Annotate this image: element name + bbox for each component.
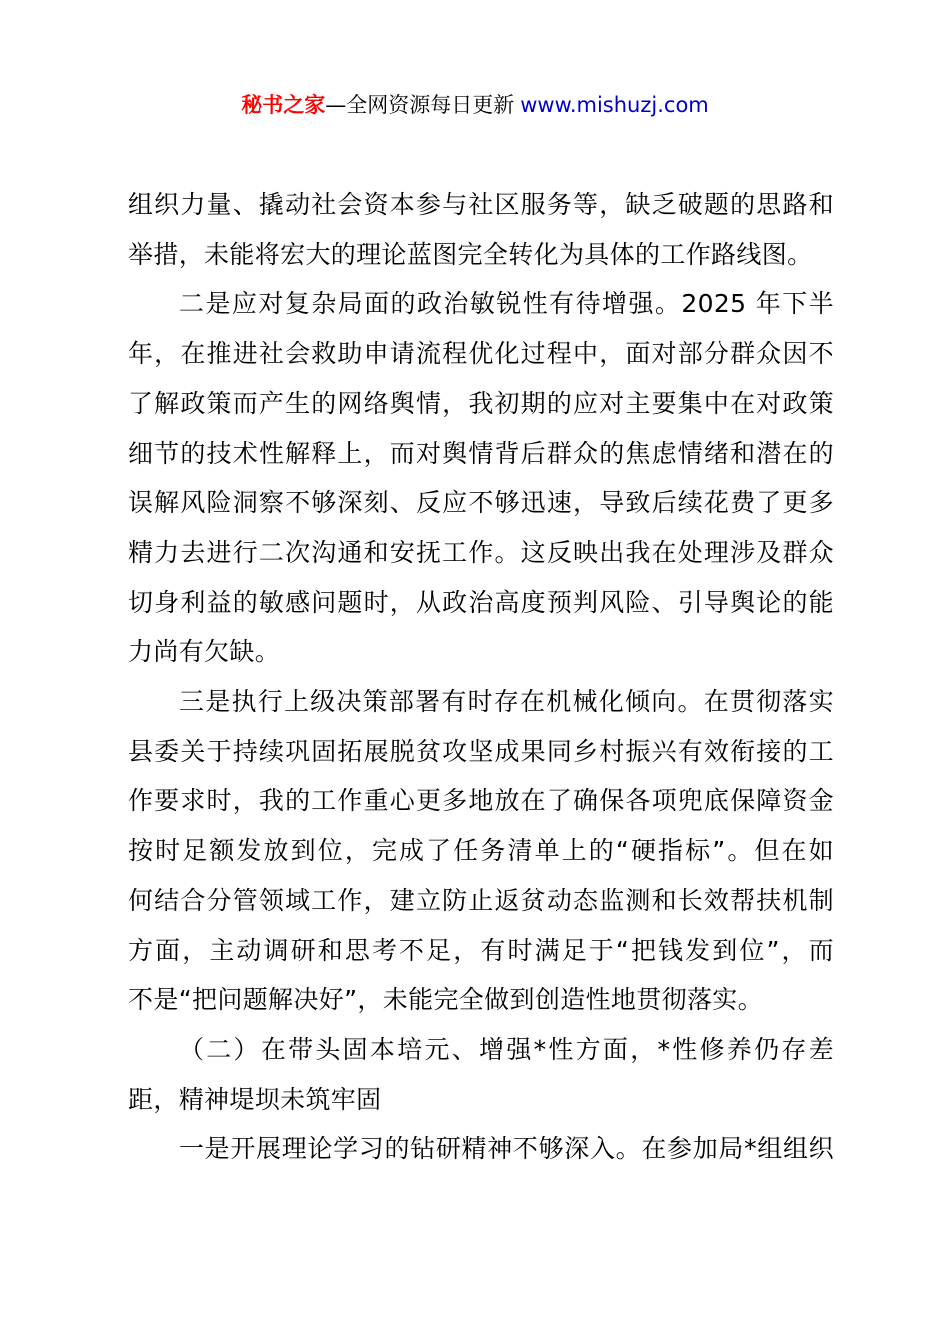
- text-line: 不是“把问题解决好”，未能完全做到创造性地贯彻落实。: [128, 975, 834, 1025]
- text-line: 切身利益的敏感问题时，从政治高度预判风险、引导舆论的能: [128, 578, 834, 628]
- text-line: 县委关于持续巩固拓展脱贫攻坚成果同乡村振兴有效衔接的工: [128, 727, 834, 777]
- header-slogan: —全网资源每日更新: [325, 93, 514, 117]
- text-line: 举措，未能将宏大的理论蓝图完全转化为具体的工作路线图。: [128, 230, 834, 280]
- text-line: 了解政策而产生的网络舆情，我初期的应对主要集中在对政策: [128, 379, 834, 429]
- section-heading-2: （二）在带头固本培元、增强*性方面，*性修养仍存差 距，精神堤坝未筑牢固: [128, 1025, 834, 1124]
- text-line: 年，在推进社会救助申请流程优化过程中，面对部分群众因不: [128, 329, 834, 379]
- site-header: 秘书之家—全网资源每日更新www.mishuzj.com: [0, 88, 950, 122]
- paragraph-mechanical-execution: 三是执行上级决策部署有时存在机械化倾向。在贯彻落实 县委关于持续巩固拓展脱贫攻坚…: [128, 677, 834, 1025]
- site-url-link[interactable]: www.mishuzj.com: [520, 93, 709, 117]
- text-line: 力尚有欠缺。: [128, 627, 834, 677]
- text-line: 三是执行上级决策部署有时存在机械化倾向。在贯彻落实: [128, 677, 834, 727]
- text-line: 细节的技术性解释上，而对舆情背后群众的焦虑情绪和潜在的: [128, 429, 834, 479]
- paragraph-continuation: 组织力量、撬动社会资本参与社区服务等，缺乏破题的思路和 举措，未能将宏大的理论蓝…: [128, 180, 834, 279]
- paragraph-political-sensitivity: 二是应对复杂局面的政治敏锐性有待增强。2025 年下半 年，在推进社会救助申请流…: [128, 279, 834, 677]
- text-line: 组织力量、撬动社会资本参与社区服务等，缺乏破题的思路和: [128, 180, 834, 230]
- text-line: 方面，主动调研和思考不足，有时满足于“把钱发到位”，而: [128, 926, 834, 976]
- text-line: 精力去进行二次沟通和安抚工作。这反映出我在处理涉及群众: [128, 528, 834, 578]
- text-line: 何结合分管领域工作，建立防止返贫动态监测和长效帮扶机制: [128, 876, 834, 926]
- text-line: 二是应对复杂局面的政治敏锐性有待增强。2025 年下半: [128, 279, 834, 329]
- text-line: 按时足额发放到位，完成了任务清单上的“硬指标”。但在如: [128, 826, 834, 876]
- document-body: 组织力量、撬动社会资本参与社区服务等，缺乏破题的思路和 举措，未能将宏大的理论蓝…: [128, 180, 834, 1174]
- text-line: 一是开展理论学习的钻研精神不够深入。在参加局*组组织: [128, 1124, 834, 1174]
- text-line: 距，精神堤坝未筑牢固: [128, 1075, 834, 1125]
- text-line: （二）在带头固本培元、增强*性方面，*性修养仍存差: [128, 1025, 834, 1075]
- brand-name: 秘书之家: [241, 93, 325, 117]
- paragraph-theory-study: 一是开展理论学习的钻研精神不够深入。在参加局*组组织: [128, 1124, 834, 1174]
- text-line: 误解风险洞察不够深刻、反应不够迅速，导致后续花费了更多: [128, 478, 834, 528]
- text-line: 作要求时，我的工作重心更多地放在了确保各项兜底保障资金: [128, 776, 834, 826]
